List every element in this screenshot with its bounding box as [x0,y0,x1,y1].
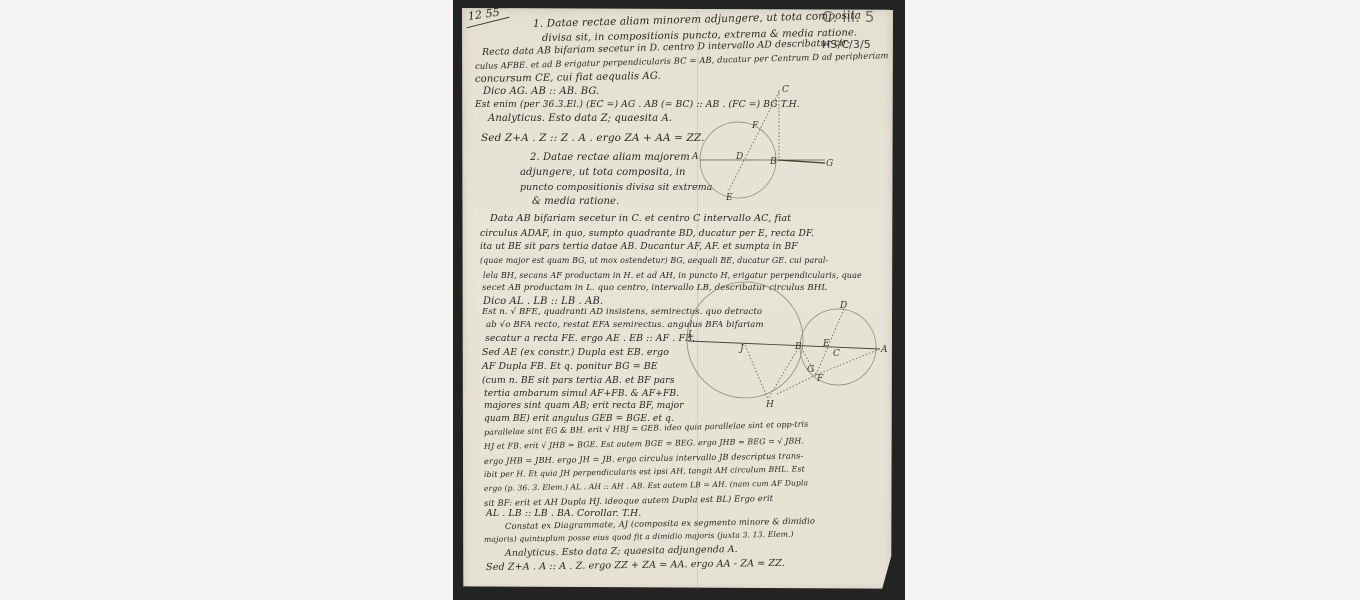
text-line: Sed AE (ex constr.) Dupla est EB. ergo [482,347,669,358]
svg-text:B: B [769,157,777,167]
svg-text:A: A [880,345,888,355]
text-line: Sed Z+A . Z :: Z . A . ergo ZA + AA = ZZ… [481,132,705,144]
svg-text:F: F [816,374,824,384]
svg-text:D: D [735,152,743,162]
svg-text:C: C [833,349,840,359]
text-line: (quae major est quam BG, ut mox ostendet… [480,256,828,265]
text-line: & media ratione. [532,196,619,207]
text-line: secatur a recta FE. ergo AE . EB :: AF .… [485,333,695,344]
svg-text:A: A [691,152,699,162]
svg-text:J: J [738,344,745,354]
svg-text:D: D [839,301,847,311]
diagram-golden-section-1: A D B G C F E [690,80,870,210]
text-line: majores sint quam AB; erit recta BF, maj… [484,401,684,411]
text-line: Analyticus. Esto data Z; quaesita A. [488,113,672,124]
svg-text:G: G [807,365,814,375]
text-line: quam BE) erit angulus GEB = BGE. et q. [484,414,674,424]
svg-text:C: C [782,85,789,95]
text-line: lela BH, secans AF productam in H. et ad… [483,270,862,280]
text-line: Dico AG. AB :: AB. BG. [483,86,599,97]
diagram-golden-section-2: L J B E C A D G F H [680,295,890,410]
svg-text:G: G [826,159,833,169]
text-line: 2. Datae rectae aliam majorem [530,152,690,163]
svg-text:F: F [751,121,759,131]
text-line: circulus ADAF, in quo, sumpto quadrante … [480,228,814,239]
text-line: AL . LB :: LB . BA. Corollar. T.H. [486,508,641,519]
text-line: puncto compositionis divisa sit extrema [520,182,712,193]
svg-text:E: E [725,193,733,203]
svg-text:E: E [822,339,830,349]
text-line: Dico AL . LB :: LB . AB. [483,296,603,307]
svg-text:B: B [794,342,802,352]
text-line: adjungere, ut tota composita, in [520,167,686,178]
text-line: AF Dupla FB. Et q. ponitur BG = BE [482,361,658,372]
svg-text:L: L [687,330,694,340]
text-line: (cum n. BE sit pars tertia AB. et BF par… [482,375,675,386]
text-line: ita ut BE sit pars tertia datae AB. Duca… [480,242,798,252]
text-line: Data AB bifariam secetur in C. et centro… [490,213,791,224]
text-line: tertia ambarum simul AF+FB. & AF+FB. [484,388,679,399]
text-line: secet AB productam in L. quo centro, int… [482,283,827,293]
svg-text:H: H [765,400,774,410]
